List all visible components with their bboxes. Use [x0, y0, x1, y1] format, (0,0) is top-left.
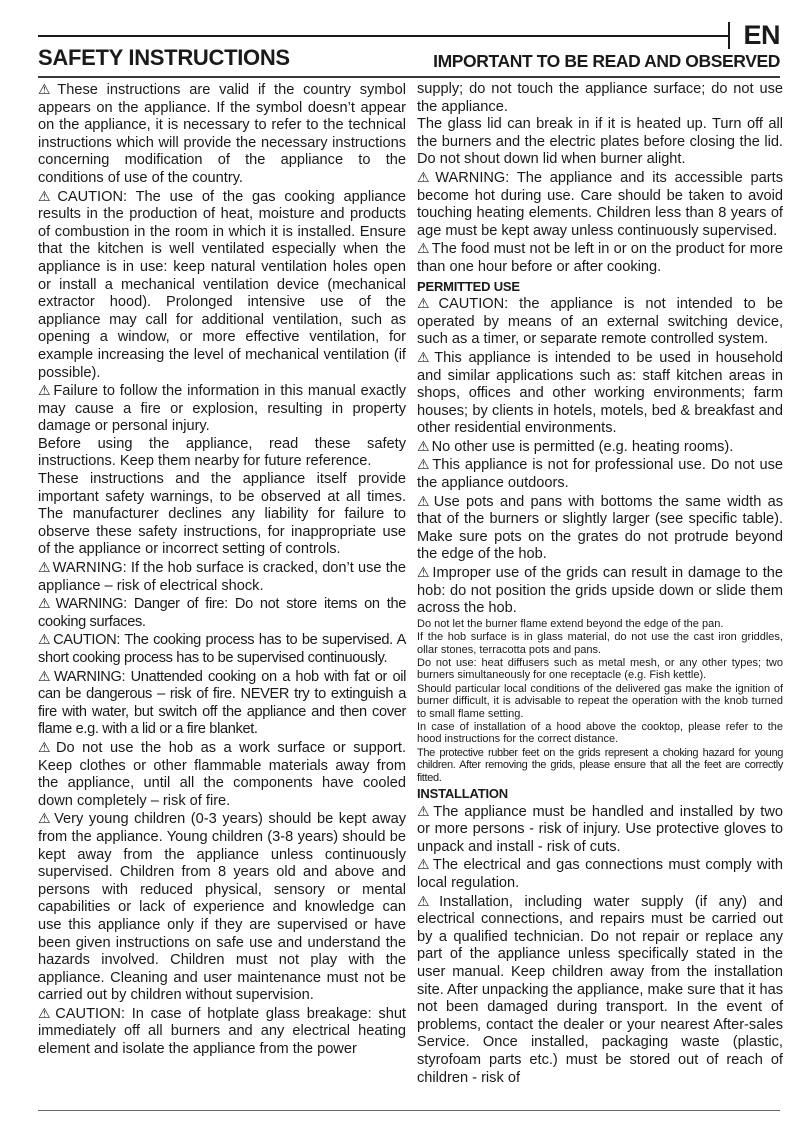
usage-note: If the hob surface is in glass material,… — [417, 631, 783, 656]
safety-paragraph: These instructions and the appliance its… — [38, 471, 406, 559]
safety-paragraph: This appliance is intended to be used in… — [417, 349, 783, 438]
safety-paragraph: CAUTION: In case of hotplate glass break… — [38, 1005, 406, 1059]
safety-paragraph: No other use is permitted (e.g. heating … — [417, 438, 783, 457]
top-rule — [38, 35, 729, 37]
safety-paragraph: WARNING: Danger of fire: Do not store it… — [38, 595, 406, 631]
usage-note: The protective rubber feet on the grids … — [417, 747, 783, 784]
safety-paragraph: These instructions are valid if the coun… — [38, 81, 406, 188]
safety-paragraph: The glass lid can break in if it is heat… — [417, 116, 783, 169]
safety-paragraph: WARNING: If the hob surface is cracked, … — [38, 559, 406, 595]
safety-paragraph: supply; do not touch the appliance surfa… — [417, 81, 783, 116]
safety-paragraph: Use pots and pans with bottoms the same … — [417, 493, 783, 564]
footer-rule — [38, 1110, 780, 1111]
safety-paragraph: Improper use of the grids can result in … — [417, 564, 783, 618]
language-code: EN — [743, 20, 780, 51]
safety-paragraph: CAUTION: The cooking process has to be s… — [38, 631, 406, 667]
usage-note: Do not use: heat diffusers such as metal… — [417, 657, 783, 682]
safety-paragraph: WARNING: Unattended cooking on a hob wit… — [38, 668, 406, 739]
safety-paragraph: The electrical and gas connections must … — [417, 856, 783, 892]
section-heading-installation: INSTALLATION — [417, 785, 783, 803]
top-rule-tick — [728, 22, 730, 49]
safety-paragraph: Installation, including water supply (if… — [417, 893, 783, 1088]
left-column: These instructions are valid if the coun… — [38, 81, 406, 1059]
page-subtitle: IMPORTANT TO BE READ AND OBSERVED — [433, 51, 780, 72]
section-heading-permitted-use: PERMITTED USE — [417, 278, 783, 296]
safety-paragraph: CAUTION: the appliance is not intended t… — [417, 295, 783, 349]
safety-paragraph: The food must not be left in or on the p… — [417, 240, 783, 276]
safety-paragraph: Very young children (0-3 years) should b… — [38, 810, 406, 1005]
safety-paragraph: Before using the appliance, read these s… — [38, 436, 406, 471]
header-rule — [38, 76, 780, 78]
safety-paragraph: This appliance is not for professional u… — [417, 456, 783, 492]
page-title: SAFETY INSTRUCTIONS — [38, 45, 290, 71]
safety-paragraph: Failure to follow the information in thi… — [38, 382, 406, 436]
safety-paragraph: Do not use the hob as a work surface or … — [38, 739, 406, 810]
usage-note: Do not let the burner flame extend beyon… — [417, 618, 783, 630]
safety-paragraph: WARNING: The appliance and its accessibl… — [417, 169, 783, 240]
usage-note: Should particular local conditions of th… — [417, 683, 783, 720]
usage-note: In case of installation of a hood above … — [417, 721, 783, 746]
safety-paragraph: The appliance must be handled and instal… — [417, 803, 783, 857]
right-column: supply; do not touch the appliance surfa… — [417, 81, 783, 1087]
safety-paragraph: CAUTION: The use of the gas cooking appl… — [38, 188, 406, 383]
